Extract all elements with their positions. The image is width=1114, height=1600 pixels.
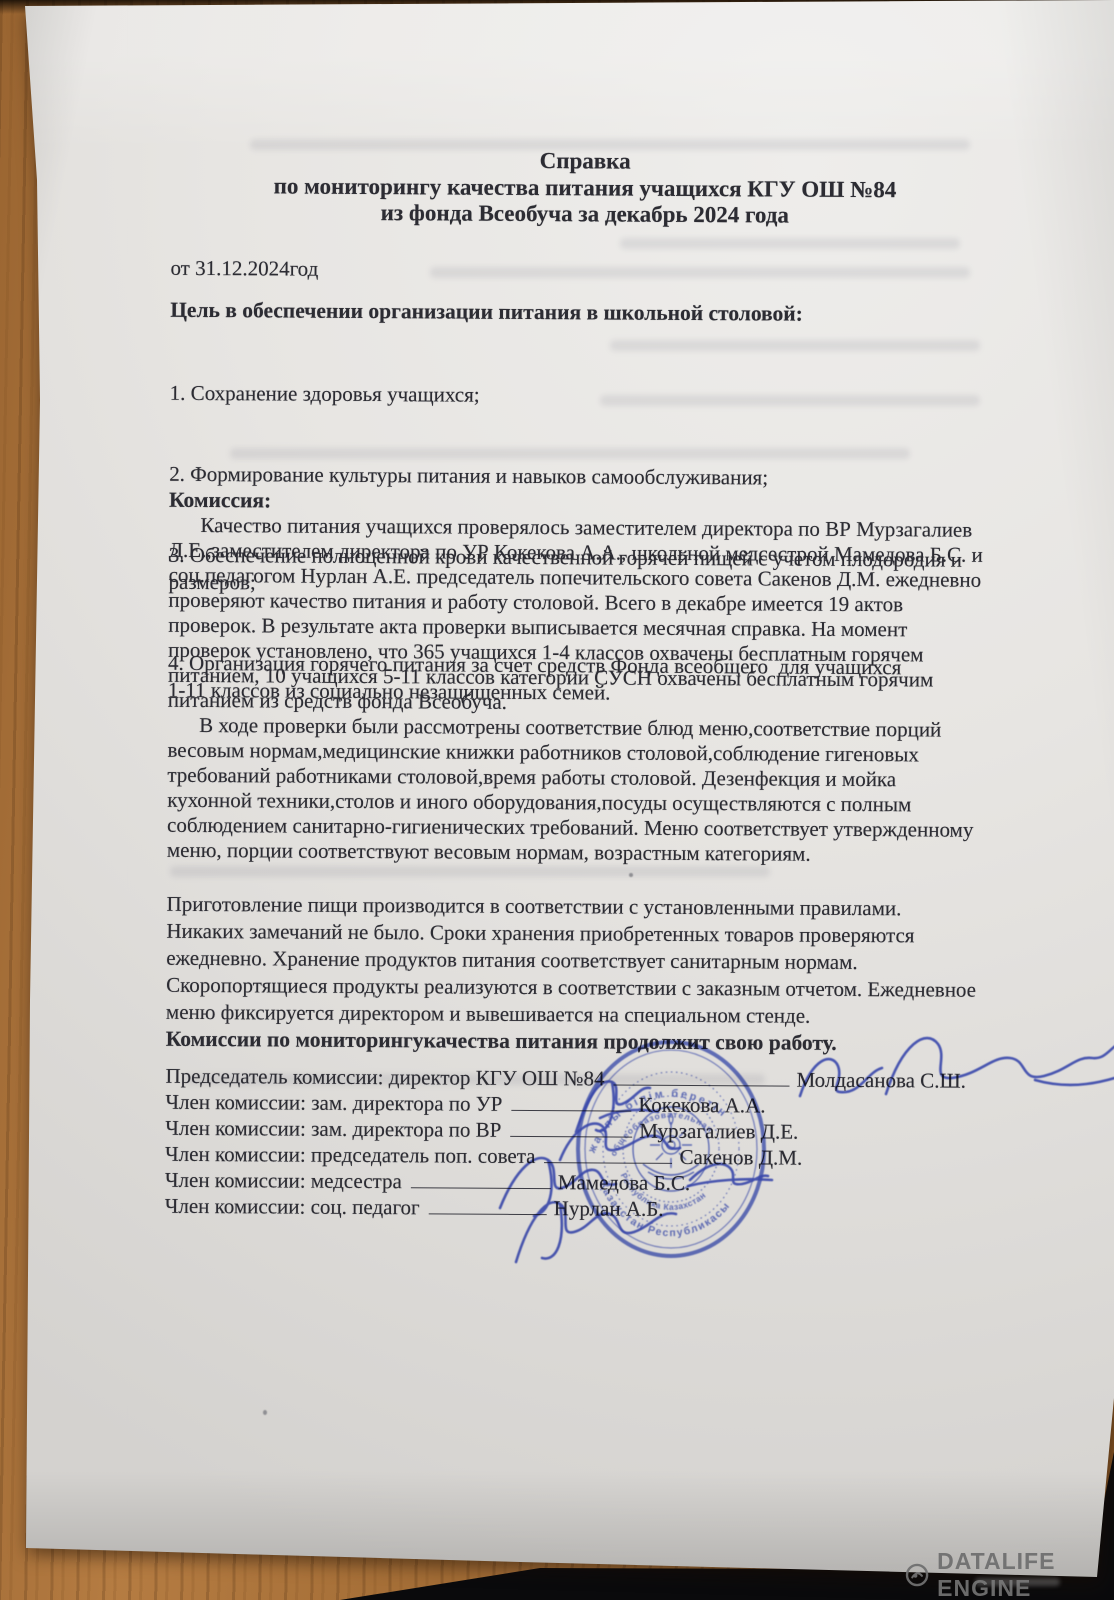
photo-of-document: Справка по мониторингу качества питания …: [0, 0, 1114, 1600]
signature-director: [1035, 1070, 1114, 1085]
ink-overlay: жалпы білім беретін Қазақстан Республика…: [0, 0, 1114, 1600]
datalife-watermark-text: DATALIFE ENGINE: [937, 1548, 1114, 1600]
signature-director: [800, 1059, 882, 1096]
datalife-logo-icon: [905, 1560, 929, 1590]
watermark-subline-blur: [975, 1578, 1060, 1586]
paper-sheet-wrap: Справка по мониторингу качества питания …: [0, 0, 1114, 1600]
datalife-watermark: DATALIFE ENGINE: [905, 1548, 1114, 1600]
paper-sheet: Справка по мониторингу качества питания …: [0, 0, 1114, 1600]
